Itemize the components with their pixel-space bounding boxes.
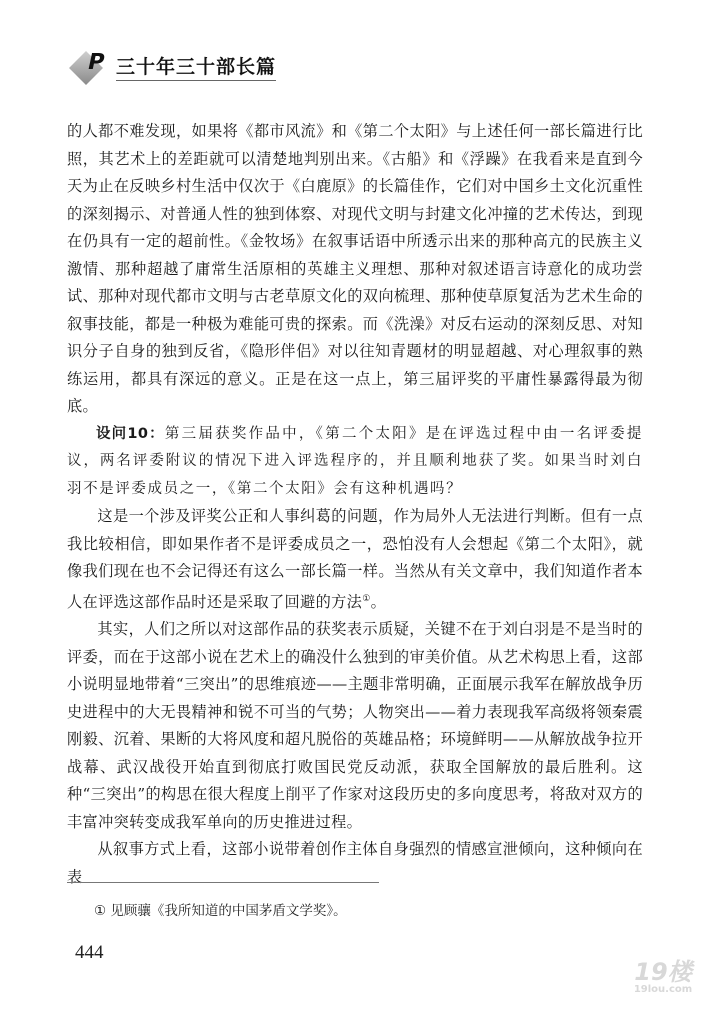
footnote-reference[interactable]: ①	[362, 594, 370, 604]
running-header: Ρ 三十年三十部长篇	[70, 48, 276, 84]
paragraph-4: 其实，人们之所以对这部作品的获奖表示质疑，关键不在于刘白羽是不是当时的评委，而在…	[67, 616, 643, 836]
book-title: 三十年三十部长篇	[116, 52, 276, 81]
paragraph-3: 这是一个涉及评奖公正和人事纠葛的问题，作为局外人无法进行判断。但有一点我比较相信…	[67, 503, 643, 616]
watermark-domain: 19lou.com	[623, 984, 703, 996]
paragraph-text: 的人都不难发现，如果将《都市风流》和《第二个太阳》与上述任何一部长篇进行比照，其…	[67, 122, 643, 415]
paragraph-text-end: 。	[371, 593, 387, 611]
paragraph-1: 的人都不难发现，如果将《都市风流》和《第二个太阳》与上述任何一部长篇进行比照，其…	[67, 118, 643, 421]
paragraph-text: 这是一个涉及评奖公正和人事纠葛的问题，作为局外人无法进行判断。但有一点我比较相信…	[67, 507, 643, 611]
page-body: 的人都不难发现，如果将《都市风流》和《第二个太阳》与上述任何一部长篇进行比照，其…	[67, 118, 643, 891]
book-logo-icon: Ρ	[70, 48, 110, 84]
paragraph-text: 从叙事方式上看，这部小说带着创作主体自身强烈的情感宣泄倾向，这种倾向在表	[67, 840, 643, 886]
watermark-logo: 19楼 19lou.com	[623, 960, 703, 996]
footnote-text: 见顾骧《我所知道的中国茅盾文学奖》。	[110, 903, 346, 919]
watermark-brand: 19楼	[623, 960, 703, 984]
paragraph-text: 其实，人们之所以对这部作品的获奖表示质疑，关键不在于刘白羽是不是当时的评委，而在…	[67, 620, 643, 831]
footnote-marker: ①	[94, 903, 106, 919]
footnote: ① 见顾骧《我所知道的中国茅盾文学奖》。	[94, 899, 347, 919]
footnote-divider	[67, 882, 379, 883]
question-label: 设问10：	[96, 426, 165, 442]
page-number: 444	[75, 942, 104, 964]
question-paragraph: 设问10：第三届获奖作品中，《第二个太阳》是在评选过程中由一名评委提议，两名评委…	[67, 421, 643, 504]
